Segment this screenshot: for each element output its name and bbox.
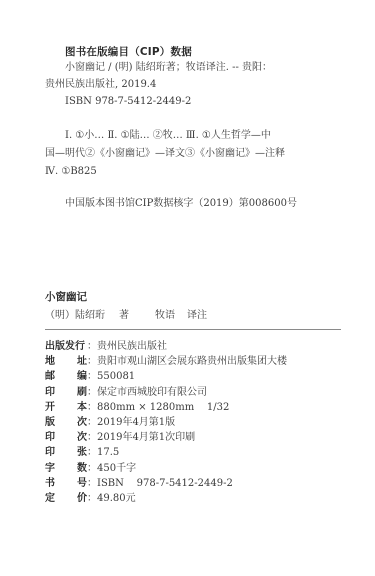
- imprint-row-edition: 版次 ： 2019年4月第1版: [45, 415, 287, 430]
- imprint-colon: ：: [87, 491, 97, 506]
- imprint-label: 出版发行: [45, 339, 87, 354]
- imprint-row-postcode: 邮编 ： 550081: [45, 369, 287, 384]
- book-title: 小窗幽记: [45, 289, 87, 304]
- imprint-label: 印张: [45, 445, 87, 460]
- imprint-row-printing: 印次 ： 2019年4月第1次印刷: [45, 430, 287, 445]
- imprint-value: 17.5: [97, 445, 119, 460]
- imprint-row-price: 定价 ： 49.80元: [45, 491, 287, 506]
- imprint-value: ISBN 978-7-5412-2449-2: [97, 476, 233, 491]
- author-role: 著: [119, 310, 129, 321]
- imprint-row-word-count: 字数 ： 450千字: [45, 461, 287, 476]
- imprint-label: 字数: [45, 461, 87, 476]
- author-line: （明）陆绍珩著牧语译注: [45, 306, 207, 321]
- imprint-value: 保定市西城胶印有限公司: [97, 385, 207, 400]
- translator-name: 牧语: [155, 310, 175, 321]
- imprint-row-address: 地址 ： 贵阳市观山湖区会展东路贵州出版集团大楼: [45, 354, 287, 369]
- imprint-colon: ：: [87, 445, 97, 460]
- imprint-value: 2019年4月第1版: [97, 415, 175, 430]
- imprint-colon: ：: [87, 354, 97, 369]
- author-name: （明）陆绍珩: [45, 310, 105, 321]
- imprint-colon: ：: [87, 476, 97, 491]
- imprint-row-printer: 印刷 ： 保定市西城胶印有限公司: [45, 385, 287, 400]
- imprint-label: 印次: [45, 430, 87, 445]
- imprint-label: 地址: [45, 354, 87, 369]
- imprint-colon: ：: [87, 430, 97, 445]
- imprint-label: 印刷: [45, 385, 87, 400]
- cip-heading: 图书在版编目（CIP）数据: [65, 44, 192, 59]
- imprint-label: 开本: [45, 400, 87, 415]
- imprint-colon: ：: [87, 339, 97, 354]
- imprint-label: 版次: [45, 415, 87, 430]
- imprint-table: 出版发行 ： 贵州民族出版社 地址 ： 贵阳市观山湖区会展东路贵州出版集团大楼 …: [45, 339, 287, 506]
- imprint-value: 450千字: [97, 461, 136, 476]
- imprint-value: 550081: [97, 369, 135, 384]
- imprint-colon: ：: [87, 400, 97, 415]
- imprint-row-sheets: 印张 ： 17.5: [45, 445, 287, 460]
- imprint-label: 定价: [45, 491, 87, 506]
- cip-line-classification-2: 国—明代②《小窗幽记》—译文③《小窗幽记》—注释: [45, 147, 285, 161]
- imprint-colon: ：: [87, 369, 97, 384]
- cip-record-number: 中国版本图书馆CIP数据核字（2019）第008600号: [65, 197, 297, 211]
- imprint-value: 贵州民族出版社: [97, 339, 167, 354]
- imprint-row-isbn: 书号 ： ISBN 978-7-5412-2449-2: [45, 476, 287, 491]
- imprint-value: 49.80元: [97, 491, 136, 506]
- imprint-colon: ：: [87, 415, 97, 430]
- cip-line-classification-3: Ⅳ. ①B825: [45, 165, 97, 179]
- imprint-label: 书号: [45, 476, 87, 491]
- imprint-value: 880mm × 1280mm 1/32: [97, 400, 229, 415]
- cip-line-publisher: 贵州民族出版社, 2019.4: [45, 78, 156, 92]
- cip-line-classification-1: Ⅰ. ①小… Ⅱ. ①陆… ②牧… Ⅲ. ①人生哲学—中: [65, 129, 271, 143]
- imprint-value: 贵阳市观山湖区会展东路贵州出版集团大楼: [97, 354, 287, 369]
- imprint-colon: ：: [87, 385, 97, 400]
- imprint-label: 邮编: [45, 369, 87, 384]
- imprint-value: 2019年4月第1次印刷: [97, 430, 195, 445]
- copyright-page: 图书在版编目（CIP）数据 小窗幽记 / (明) 陆绍珩著；牧语译注. -- 贵…: [0, 0, 375, 576]
- translator-role: 译注: [187, 310, 207, 321]
- imprint-colon: ：: [87, 461, 97, 476]
- divider-line: [45, 329, 341, 330]
- imprint-row-format: 开本 ： 880mm × 1280mm 1/32: [45, 400, 287, 415]
- imprint-row-publisher: 出版发行 ： 贵州民族出版社: [45, 339, 287, 354]
- cip-line-isbn: ISBN 978-7-5412-2449-2: [65, 95, 191, 109]
- cip-line-title: 小窗幽记 / (明) 陆绍珩著；牧语译注. -- 贵阳：: [65, 61, 272, 75]
